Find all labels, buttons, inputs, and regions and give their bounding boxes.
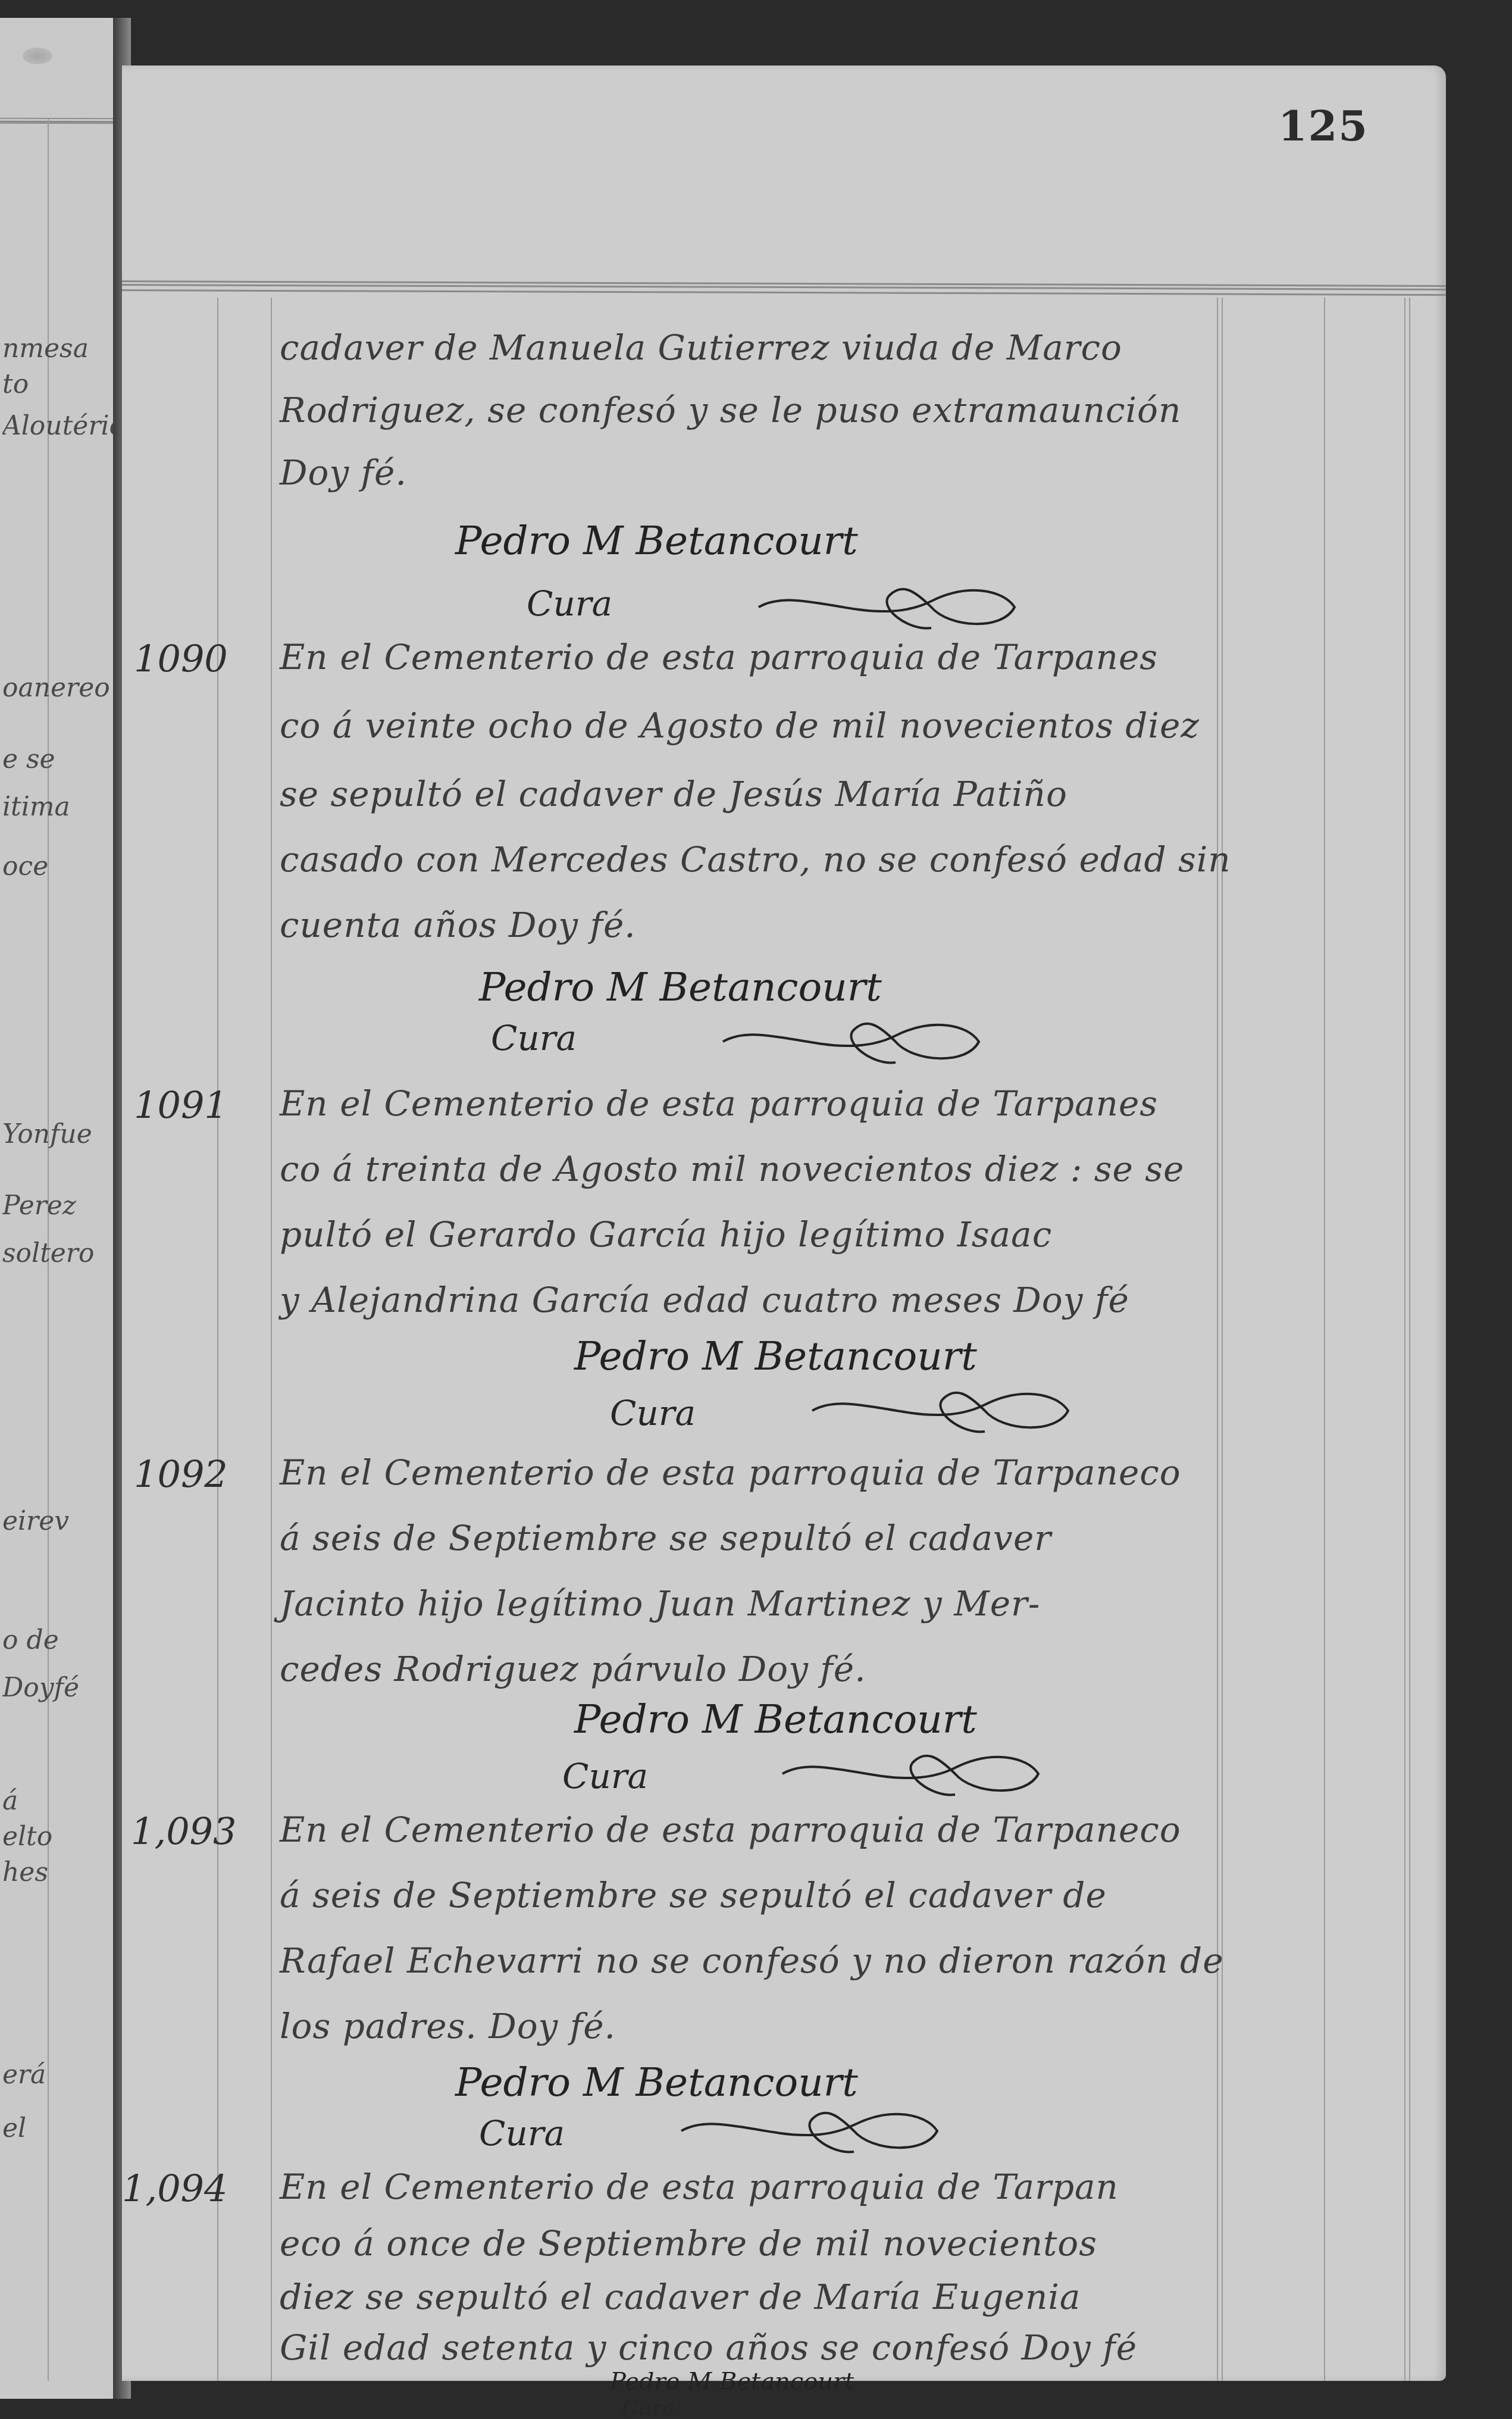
entry-line: Doy fé. [280,452,407,493]
column-rule-1b [1222,298,1223,2381]
entry-line: En el Cementerio de esta parroquia de Ta… [280,1452,1181,1493]
left-page-text-fragment: Aloutério [2,411,118,441]
column-rule-number-left [217,298,218,2381]
entry-line: cadaver de Manuela Gutierrez viuda de Ma… [280,327,1122,368]
entry-line: Gil edad setenta y cinco años se confesó… [280,2327,1137,2368]
left-page-text-fragment: eirev [2,1506,118,1536]
left-page-text-fragment: elto [2,1821,118,1852]
signature-rubric-flourish [777,1738,1050,1804]
left-page-text-fragment: Yonfue [2,1119,118,1149]
entry-line: En el Cementerio de esta parroquia de Ta… [280,1083,1158,1124]
column-rule-1 [1217,298,1218,2381]
entry-line: los padres. Doy fé. [280,2006,616,2046]
column-rule-text-left [271,298,272,2381]
entry-line: pultó el Gerardo García hijo legítimo Is… [280,1214,1052,1255]
entry-number: 1090 [134,637,228,680]
signature-rubric-flourish [806,1375,1080,1440]
register-page: 125 cadaver de Manuela Gutierrez viuda d… [122,65,1446,2381]
ink-stain [23,48,52,64]
left-page-text-fragment: oce [2,851,118,882]
priest-title: Cura [527,583,612,624]
entry-number: 1,093 [131,1809,237,1853]
entry-line: á seis de Septiembre se sepultó el cadav… [280,1875,1107,1915]
priest-signature: Pedro M Betancourt [455,518,858,564]
entry-line: cuenta años Doy fé. [280,905,636,945]
priest-signature: Pedro M Betancourt [574,1696,977,1742]
entry-line: eco á once de Septiembre de mil novecien… [280,2223,1097,2264]
left-page-text-fragment: Perez [2,1190,118,1221]
priest-title: Cura [479,2113,565,2154]
entry-number: 1091 [134,1083,228,1127]
left-page-text-fragment: á [2,1786,118,1816]
entry-line: Jacinto hijo legítimo Juan Martinez y Me… [280,1583,1040,1624]
left-header-rule [0,118,119,124]
priest-title: Cura [491,1018,577,1058]
entry-line: cedes Rodriguez párvulo Doy fé. [280,1649,866,1689]
entry-line: á seis de Septiembre se sepultó el cadav… [280,1518,1051,1558]
left-page-text-fragment: erá [2,2059,118,2090]
left-page-text-fragment: to [2,369,118,399]
entry-number: 1092 [134,1452,228,1496]
priest-signature: Pedro M Betancourt [610,2368,854,2395]
page-number: 125 [1278,101,1369,151]
entry-line: Rodriguez, se confesó y se le puso extra… [280,390,1181,430]
entry-line: En el Cementerio de esta parroquia de Ta… [280,637,1158,677]
column-rule-3b [1409,298,1410,2381]
left-page-text-fragment: soltero [2,1238,118,1268]
entry-line: se sepultó el cadaver de Jesús María Pat… [280,774,1068,814]
priest-title: Cura [622,2396,675,2419]
left-page-text-fragment: o de [2,1625,118,1655]
entry-number: 1,094 [122,2167,228,2210]
left-page-text-fragment: nmesa [2,333,118,364]
entry-line: En el Cementerio de esta parroquia de Ta… [280,2167,1119,2207]
priest-title: Cura [562,1756,648,1796]
left-page-text-fragment: itima [2,792,118,822]
entry-line: En el Cementerio de esta parroquia de Ta… [280,1809,1181,1850]
left-page-text-fragment: el [2,2113,118,2143]
header-triple-rule [122,280,1446,296]
entry-line: co á veinte ocho de Agosto de mil noveci… [280,705,1200,746]
column-rule-2 [1324,298,1325,2381]
column-rule-3 [1404,298,1405,2381]
left-facing-page: nmesatoAloutériooanereoe seitimaoceYonfu… [0,18,124,2399]
signature-rubric-flourish [717,1006,991,1071]
signature-rubric-flourish [753,571,1026,637]
entry-line: Rafael Echevarri no se confesó y no dier… [280,1940,1224,1981]
left-page-text-fragment: oanereo [2,673,118,703]
priest-signature: Pedro M Betancourt [479,964,882,1010]
entry-line: co á treinta de Agosto mil novecientos d… [280,1149,1184,1189]
entry-line: diez se sepultó el cadaver de María Euge… [280,2277,1081,2317]
left-page-text-fragment: e se [2,744,118,774]
signature-rubric-flourish [675,2095,949,2161]
left-page-text-fragment: Doyfé [2,1673,118,1703]
entry-line: casado con Mercedes Castro, no se confes… [280,839,1231,880]
priest-title: Cura [610,1393,696,1433]
left-page-text-fragment: hes [2,1857,118,1887]
priest-signature: Pedro M Betancourt [574,1333,977,1379]
entry-line: y Alejandrina García edad cuatro meses D… [280,1280,1129,1320]
